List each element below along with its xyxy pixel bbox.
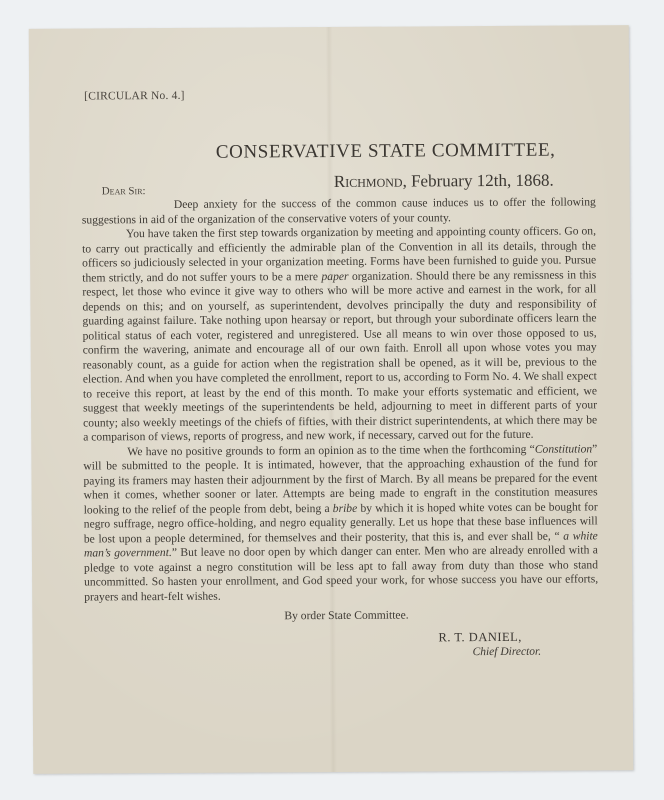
emphasized-text: bribe: [333, 501, 358, 514]
emphasized-text: Constitution: [535, 442, 592, 455]
letter-body: Deep anxiety for the success of the comm…: [82, 195, 598, 604]
paragraph-text: We have no positive grounds to form an o…: [127, 442, 535, 457]
paragraph-text: Deep anxiety for the success of the comm…: [82, 195, 596, 226]
closing-line: By order State Committee.: [284, 609, 408, 623]
document-title: CONSERVATIVE STATE COMMITTEE,: [29, 140, 555, 165]
circular-number-label: [CIRCULAR No. 4.]: [84, 90, 185, 103]
signer-name: R. T. DANIEL,: [438, 630, 522, 646]
salutation: Dear Sir:: [102, 185, 146, 197]
paragraph-3: We have no positive grounds to form an o…: [83, 442, 598, 605]
paragraph-1: Deep anxiety for the success of the comm…: [82, 195, 596, 227]
dateline: Richmond, February 12th, 1868.: [334, 171, 554, 192]
circular-document: [CIRCULAR No. 4.] CONSERVATIVE STATE COM…: [29, 25, 634, 774]
dateline-place: Richmond: [334, 172, 403, 191]
dateline-date: , February 12th, 1868.: [403, 171, 554, 191]
paragraph-2: You have taken the first step towards or…: [82, 224, 597, 445]
emphasized-text: paper: [321, 269, 348, 282]
paragraph-text: organization. Should there be any remiss…: [82, 268, 597, 444]
signer-title: Chief Director.: [473, 646, 542, 658]
